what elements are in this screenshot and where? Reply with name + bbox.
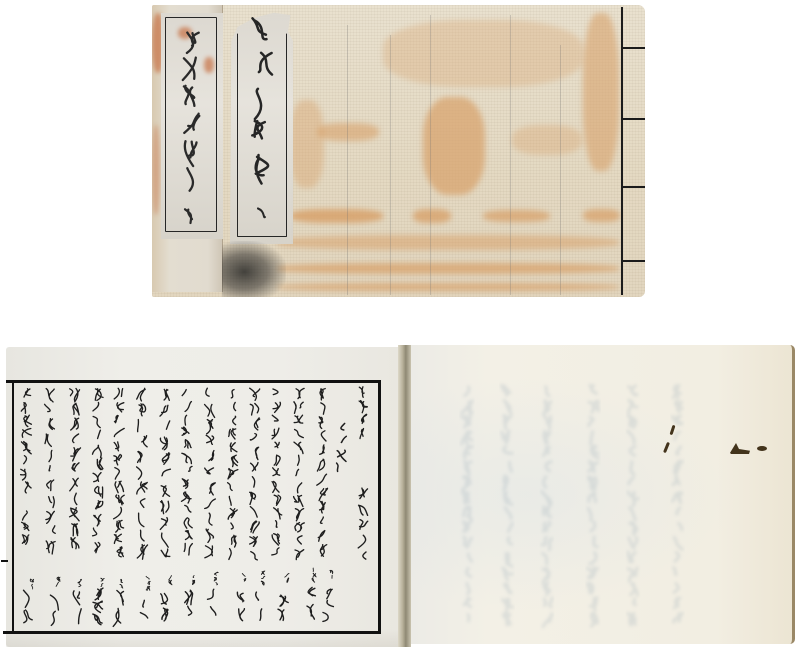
- text-frame-top: [6, 380, 381, 383]
- water-stain: [512, 125, 582, 155]
- book-gutter: [398, 345, 411, 647]
- title-slip-right-frame: [237, 33, 287, 237]
- binding-thread-stitch: [621, 47, 645, 49]
- rust-spot: [152, 125, 160, 215]
- paper-crease: [390, 35, 391, 295]
- binding-thread-spine: [621, 7, 623, 295]
- water-stain: [583, 13, 619, 171]
- paper-crease: [430, 15, 431, 295]
- binding-thread-stitch: [621, 118, 645, 120]
- text-frame-left: [12, 383, 14, 631]
- book-cover: [152, 5, 645, 297]
- paper-crease: [560, 45, 561, 295]
- water-stain: [277, 283, 619, 291]
- dark-smudge: [222, 241, 286, 297]
- binding-thread-stitch: [621, 186, 645, 188]
- text-frame-right: [378, 380, 381, 634]
- water-stain: [277, 263, 619, 274]
- water-stain: [383, 20, 583, 87]
- binding-thread-stitch: [621, 260, 645, 262]
- title-slip-left-frame: [165, 17, 217, 232]
- wormhole-mark: [757, 446, 767, 451]
- paper-crease: [510, 15, 511, 295]
- water-stain: [290, 100, 324, 188]
- water-stain: [290, 209, 383, 223]
- paper-crease: [347, 25, 348, 295]
- margin-tick-mark: [1, 560, 8, 562]
- right-page: [411, 345, 795, 644]
- water-stain: [317, 123, 379, 141]
- left-page: [6, 347, 398, 647]
- water-stain: [583, 209, 620, 222]
- water-stain: [277, 235, 619, 250]
- text-frame-bottom: [3, 631, 381, 634]
- water-stain: [483, 210, 550, 222]
- water-stain: [423, 97, 485, 195]
- water-stain: [413, 209, 451, 223]
